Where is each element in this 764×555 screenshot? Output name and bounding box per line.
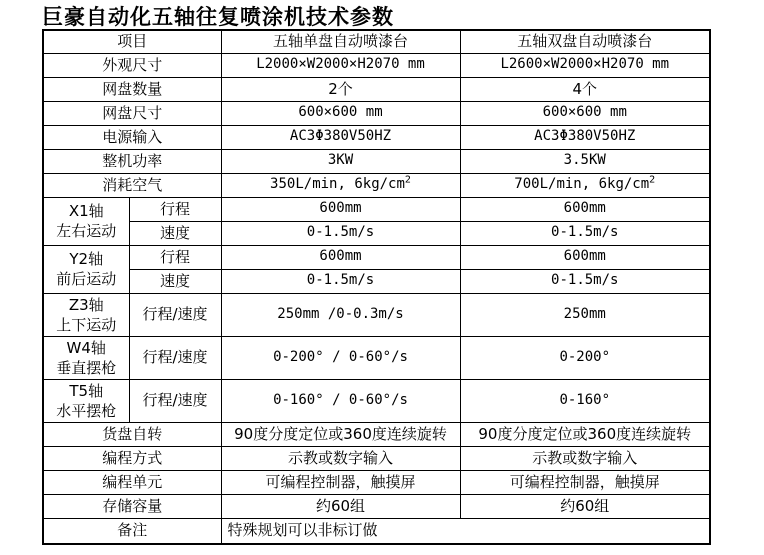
y2-speed-value1: 0-1.5m/s (221, 269, 460, 293)
row-dimensions-label: 外观尺寸 (43, 53, 221, 77)
row-power-input: 电源输入 AC3Φ380V50HZ AC3Φ380V50HZ (43, 125, 710, 149)
row-dimensions-value2: L2600×W2000×H2070 mm (460, 53, 710, 77)
t5-axis-name: T5轴 (69, 382, 103, 400)
row-machine-power-value2: 3.5KW (460, 149, 710, 173)
z3-axis-label: Z3轴上下运动 (43, 293, 129, 336)
row-programming-method-label: 编程方式 (43, 446, 221, 470)
row-programming-unit-label: 编程单元 (43, 470, 221, 494)
y2-axis-motion: 前后运动 (56, 270, 116, 288)
x1-axis-motion: 左右运动 (56, 222, 116, 240)
w4-axis-label: W4轴垂直摆枪 (43, 336, 129, 379)
row-programming-unit-value2: 可编程控制器，触摸屏 (460, 470, 710, 494)
row-pallet-rotation: 货盘自转 90度分度定位或360度连续旋转 90度分度定位或360度连续旋转 (43, 422, 710, 446)
row-air-consumption-value1: 350L/min, 6kg/cm2 (221, 173, 460, 197)
row-tray-count-label: 网盘数量 (43, 77, 221, 101)
t5-value1: 0-160° / 0-60°/s (221, 379, 460, 422)
z3-value1: 250mm /0-0.3m/s (221, 293, 460, 336)
row-storage-capacity: 存储容量 约60组 约60组 (43, 494, 710, 518)
air-value1-superscript: 2 (405, 175, 411, 186)
w4-axis-motion: 垂直摆枪 (56, 359, 116, 377)
air-value2-base: 700L/min, 6kg/cm (514, 176, 649, 192)
z3-axis-motion: 上下运动 (56, 316, 116, 334)
row-power-input-label: 电源输入 (43, 125, 221, 149)
x1-stroke-label: 行程 (129, 197, 221, 221)
row-programming-unit: 编程单元 可编程控制器，触摸屏 可编程控制器，触摸屏 (43, 470, 710, 494)
row-programming-method-value1: 示教或数字输入 (221, 446, 460, 470)
y2-axis-label: Y2轴前后运动 (43, 245, 129, 293)
z3-stroke-speed-label: 行程/速度 (129, 293, 221, 336)
w4-value2: 0-200° (460, 336, 710, 379)
row-x1-speed: 速度 0-1.5m/s 0-1.5m/s (43, 221, 710, 245)
air-value2-superscript: 2 (649, 175, 655, 186)
row-remarks-value: 特殊规划可以非标订做 (221, 518, 710, 544)
row-pallet-rotation-value2: 90度分度定位或360度连续旋转 (460, 422, 710, 446)
y2-speed-value2: 0-1.5m/s (460, 269, 710, 293)
w4-value1: 0-200° / 0-60°/s (221, 336, 460, 379)
w4-stroke-speed-label: 行程/速度 (129, 336, 221, 379)
row-w4: W4轴垂直摆枪 行程/速度 0-200° / 0-60°/s 0-200° (43, 336, 710, 379)
t5-stroke-speed-label: 行程/速度 (129, 379, 221, 422)
row-tray-size-value2: 600×600 mm (460, 101, 710, 125)
row-remarks: 备注 特殊规划可以非标订做 (43, 518, 710, 544)
z3-value2: 250mm (460, 293, 710, 336)
row-tray-size-label: 网盘尺寸 (43, 101, 221, 125)
row-air-consumption: 消耗空气 350L/min, 6kg/cm2 700L/min, 6kg/cm2 (43, 173, 710, 197)
row-remarks-label: 备注 (43, 518, 221, 544)
air-value1-base: 350L/min, 6kg/cm (270, 176, 405, 192)
header-col2: 五轴双盘自动喷漆台 (460, 30, 710, 53)
spec-table: 项目 五轴单盘自动喷漆台 五轴双盘自动喷漆台 外观尺寸 L2000×W2000×… (42, 29, 711, 545)
row-tray-count-value2: 4个 (460, 77, 710, 101)
row-machine-power-value1: 3KW (221, 149, 460, 173)
y2-speed-label: 速度 (129, 269, 221, 293)
y2-axis-name: Y2轴 (69, 250, 103, 268)
header-col1: 五轴单盘自动喷漆台 (221, 30, 460, 53)
row-machine-power-label: 整机功率 (43, 149, 221, 173)
row-tray-size-value1: 600×600 mm (221, 101, 460, 125)
row-y2-speed: 速度 0-1.5m/s 0-1.5m/s (43, 269, 710, 293)
z3-axis-name: Z3轴 (69, 296, 104, 314)
row-tray-count: 网盘数量 2个 4个 (43, 77, 710, 101)
row-x1-stroke: X1轴左右运动 行程 600mm 600mm (43, 197, 710, 221)
x1-axis-label: X1轴左右运动 (43, 197, 129, 245)
row-machine-power: 整机功率 3KW 3.5KW (43, 149, 710, 173)
page-title: 巨豪自动化五轴往复喷涂机技术参数 (42, 1, 394, 31)
x1-stroke-value2: 600mm (460, 197, 710, 221)
w4-axis-name: W4轴 (67, 339, 106, 357)
row-power-input-value1: AC3Φ380V50HZ (221, 125, 460, 149)
row-programming-method-value2: 示教或数字输入 (460, 446, 710, 470)
x1-stroke-value1: 600mm (221, 197, 460, 221)
x1-axis-name: X1轴 (69, 202, 104, 220)
t5-value2: 0-160° (460, 379, 710, 422)
row-programming-method: 编程方式 示教或数字输入 示教或数字输入 (43, 446, 710, 470)
x1-speed-label: 速度 (129, 221, 221, 245)
y2-stroke-value2: 600mm (460, 245, 710, 269)
x1-speed-value2: 0-1.5m/s (460, 221, 710, 245)
row-tray-count-value1: 2个 (221, 77, 460, 101)
row-power-input-value2: AC3Φ380V50HZ (460, 125, 710, 149)
t5-axis-label: T5轴水平摆枪 (43, 379, 129, 422)
row-y2-stroke: Y2轴前后运动 行程 600mm 600mm (43, 245, 710, 269)
row-dimensions: 外观尺寸 L2000×W2000×H2070 mm L2600×W2000×H2… (43, 53, 710, 77)
row-storage-capacity-value1: 约60组 (221, 494, 460, 518)
y2-stroke-label: 行程 (129, 245, 221, 269)
header-item: 项目 (43, 30, 221, 53)
x1-speed-value1: 0-1.5m/s (221, 221, 460, 245)
row-pallet-rotation-value1: 90度分度定位或360度连续旋转 (221, 422, 460, 446)
row-storage-capacity-label: 存储容量 (43, 494, 221, 518)
row-z3: Z3轴上下运动 行程/速度 250mm /0-0.3m/s 250mm (43, 293, 710, 336)
row-tray-size: 网盘尺寸 600×600 mm 600×600 mm (43, 101, 710, 125)
row-dimensions-value1: L2000×W2000×H2070 mm (221, 53, 460, 77)
row-air-consumption-value2: 700L/min, 6kg/cm2 (460, 173, 710, 197)
y2-stroke-value1: 600mm (221, 245, 460, 269)
row-t5: T5轴水平摆枪 行程/速度 0-160° / 0-60°/s 0-160° (43, 379, 710, 422)
page: 巨豪自动化五轴往复喷涂机技术参数 项目 五轴单盘自动喷漆台 五轴双盘自动喷漆台 … (0, 0, 764, 555)
row-programming-unit-value1: 可编程控制器，触摸屏 (221, 470, 460, 494)
row-pallet-rotation-label: 货盘自转 (43, 422, 221, 446)
row-storage-capacity-value2: 约60组 (460, 494, 710, 518)
table-header-row: 项目 五轴单盘自动喷漆台 五轴双盘自动喷漆台 (43, 30, 710, 53)
row-air-consumption-label: 消耗空气 (43, 173, 221, 197)
t5-axis-motion: 水平摆枪 (56, 402, 116, 420)
